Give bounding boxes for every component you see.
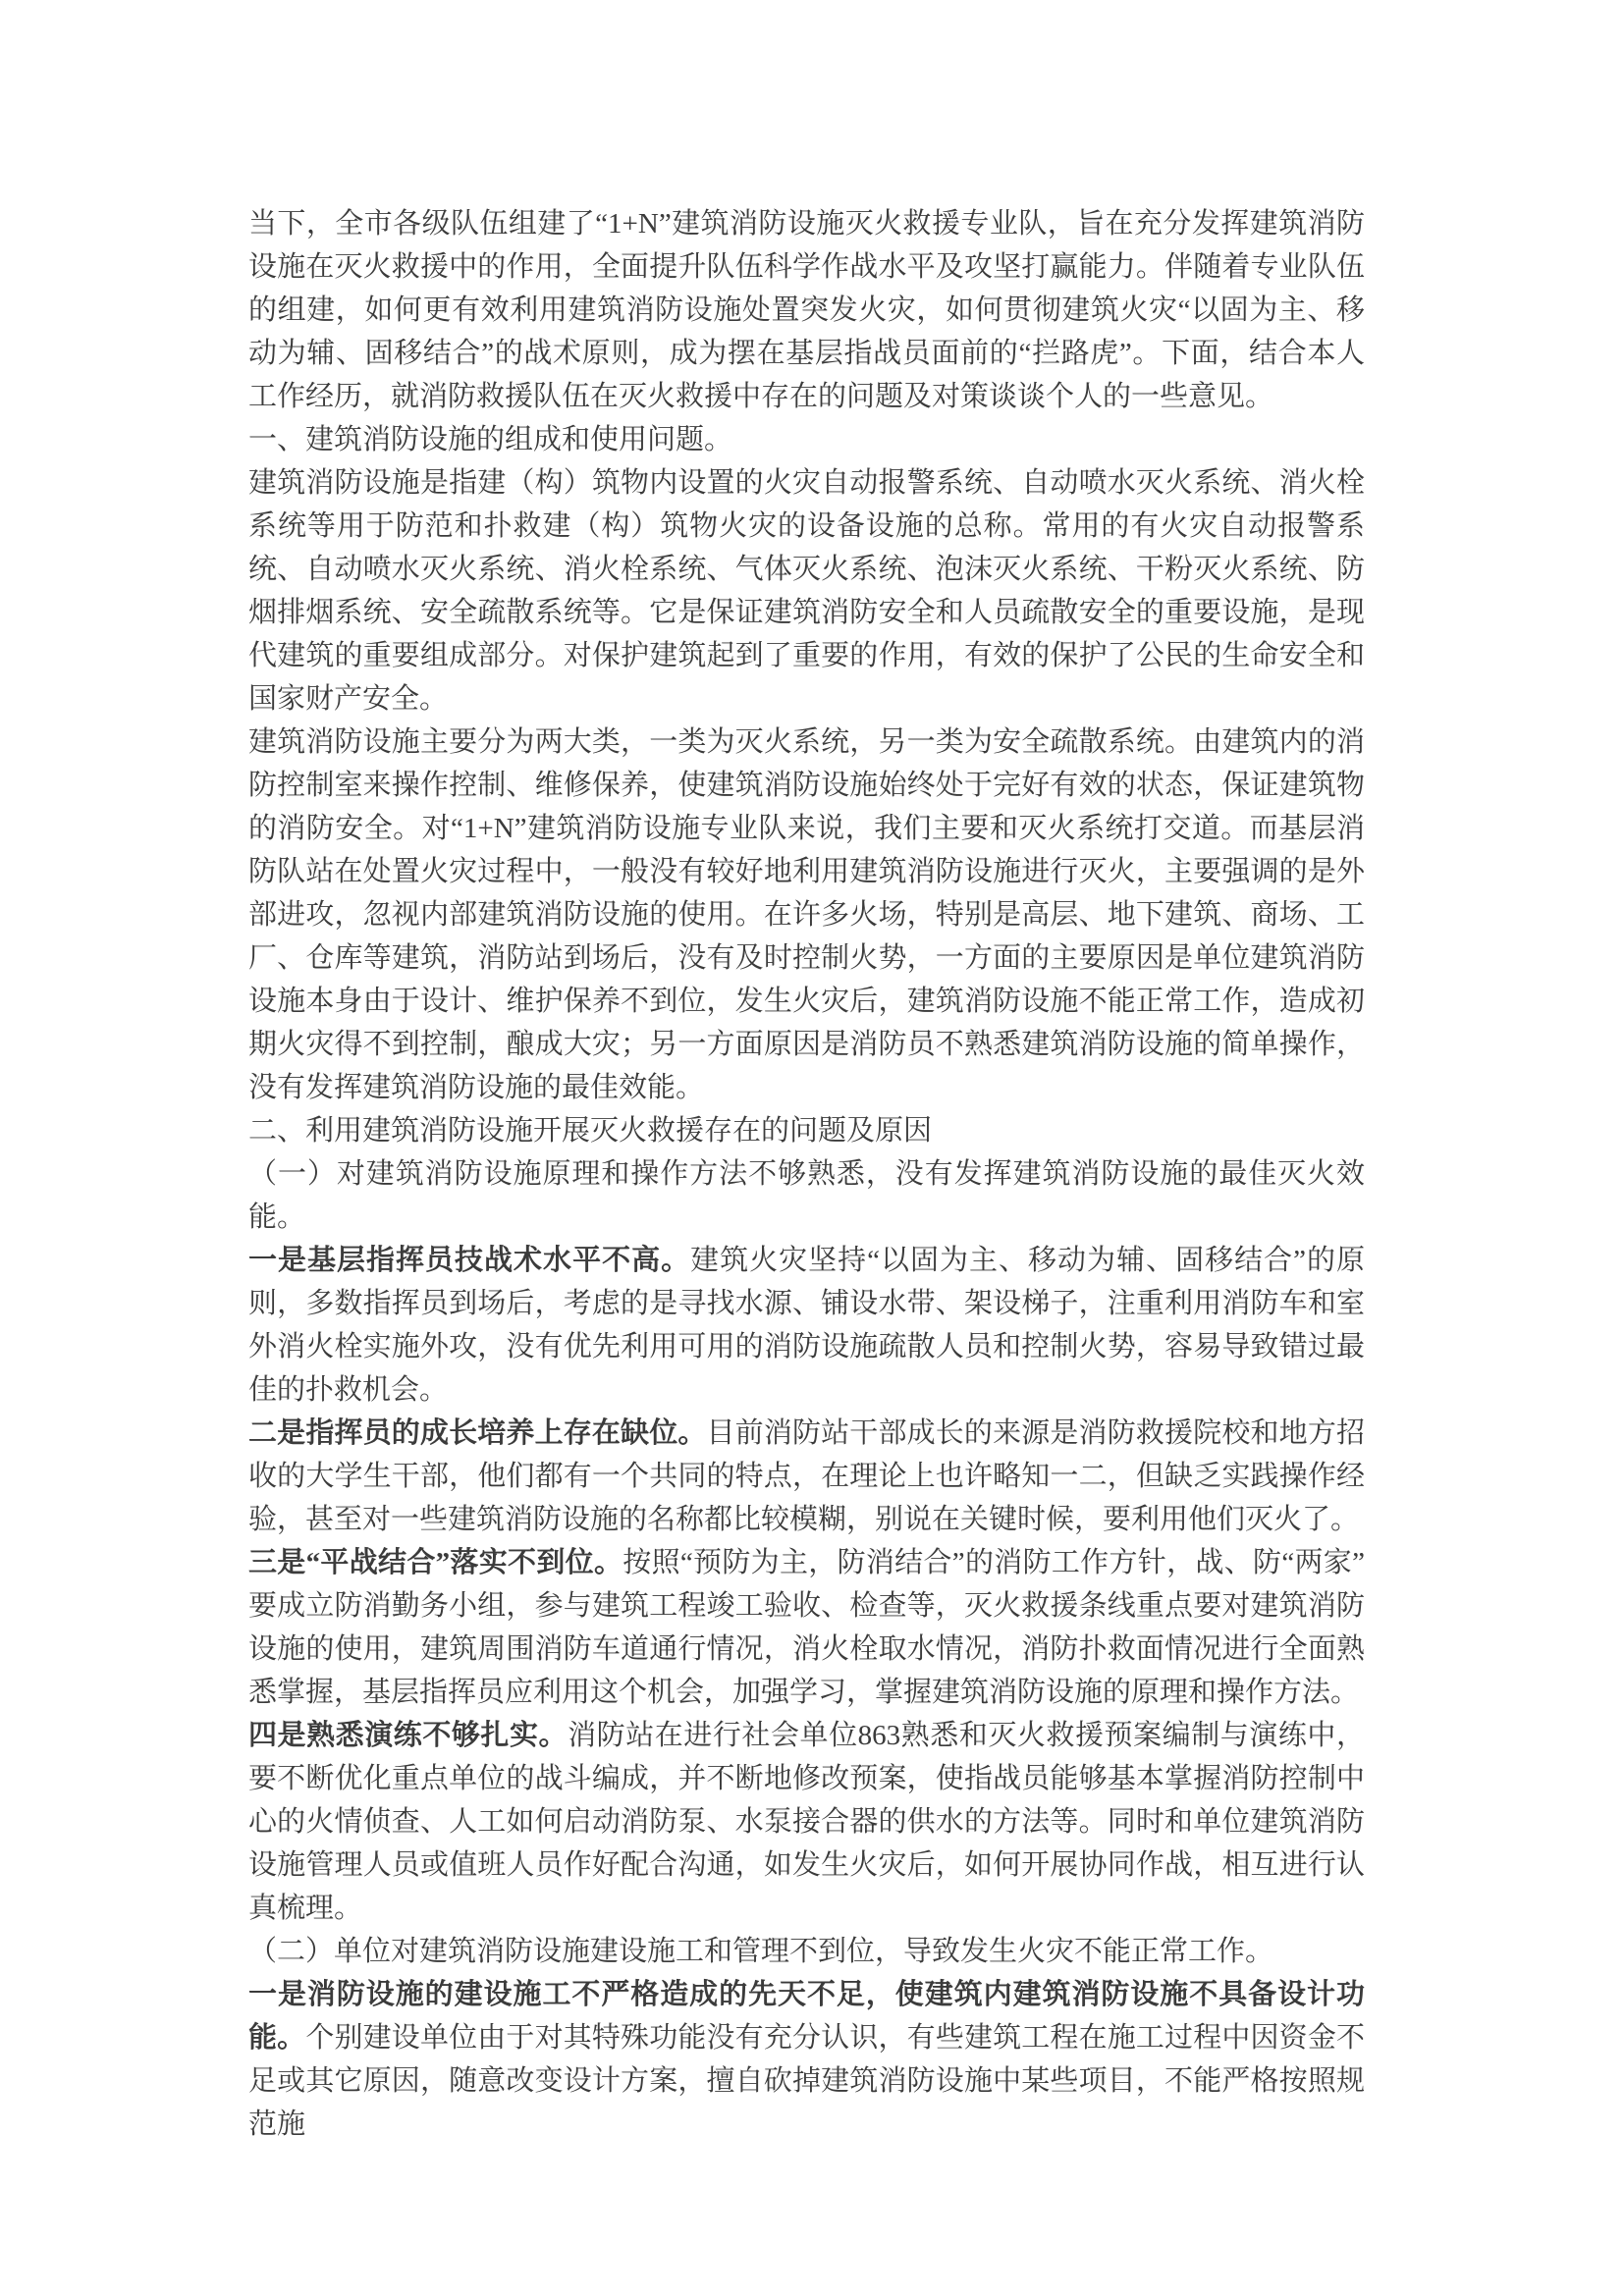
- paragraph-text: 建筑消防设施主要分为两大类，一类为灭火系统，另一类为安全疏散系统。由建筑内的消防…: [248, 726, 1365, 1103]
- paragraph: 三是“平战结合”落实不到位。按照“预防为主，防消结合”的消防工作方针，战、防“两…: [248, 1541, 1365, 1714]
- paragraph-text: （二）单位对建筑消防设施建设施工和管理不到位，导致发生火灾不能正常工作。: [248, 1936, 1273, 1967]
- document-body: 当下，全市各级队伍组建了“1+N”建筑消防设施灭火救援专业队，旨在充分发挥建筑消…: [248, 202, 1365, 2146]
- paragraph-text: 二、利用建筑消防设施开展灭火救援存在的问题及原因: [248, 1115, 932, 1147]
- paragraph: 一、建筑消防设施的组成和使用问题。: [248, 418, 1365, 461]
- paragraph: 二是指挥员的成长培养上存在缺位。目前消防站干部成长的来源是消防救援院校和地方招收…: [248, 1412, 1365, 1541]
- paragraph: 一是消防设施的建设施工不严格造成的先天不足，使建筑内建筑消防设施不具备设计功能。…: [248, 1973, 1365, 2146]
- paragraph: 建筑消防设施是指建（构）筑物内设置的火灾自动报警系统、自动喷水灭火系统、消火栓系…: [248, 461, 1365, 721]
- paragraph-text: 一、建筑消防设施的组成和使用问题。: [248, 424, 732, 455]
- paragraph-text: 当下，全市各级队伍组建了“1+N”建筑消防设施灭火救援专业队，旨在充分发挥建筑消…: [248, 208, 1365, 412]
- paragraph-bold-lead: 一是基层指挥员技战术水平不高。: [248, 1245, 690, 1276]
- paragraph-text: （一）对建筑消防设施原理和操作方法不够熟悉，没有发挥建筑消防设施的最佳灭火效能。: [248, 1158, 1365, 1233]
- paragraph: 四是熟悉演练不够扎实。消防站在进行社会单位863熟悉和灭火救援预案编制与演练中，…: [248, 1714, 1365, 1930]
- paragraph-bold-lead: 四是熟悉演练不够扎实。: [248, 1720, 568, 1751]
- paragraph-text: 建筑消防设施是指建（构）筑物内设置的火灾自动报警系统、自动喷水灭火系统、消火栓系…: [248, 467, 1365, 715]
- paragraph: 当下，全市各级队伍组建了“1+N”建筑消防设施灭火救援专业队，旨在充分发挥建筑消…: [248, 202, 1365, 418]
- paragraph: 建筑消防设施主要分为两大类，一类为灭火系统，另一类为安全疏散系统。由建筑内的消防…: [248, 721, 1365, 1109]
- paragraph-text: 个别建设单位由于对其特殊功能没有充分认识，有些建筑工程在施工过程中因资金不足或其…: [248, 2022, 1365, 2140]
- paragraph: （一）对建筑消防设施原理和操作方法不够熟悉，没有发挥建筑消防设施的最佳灭火效能。: [248, 1152, 1365, 1239]
- paragraph: （二）单位对建筑消防设施建设施工和管理不到位，导致发生火灾不能正常工作。: [248, 1930, 1365, 1973]
- paragraph-bold-lead: 二是指挥员的成长培养上存在缺位。: [248, 1417, 707, 1449]
- document-page: 当下，全市各级队伍组建了“1+N”建筑消防设施灭火救援专业队，旨在充分发挥建筑消…: [0, 0, 1624, 2296]
- paragraph: 一是基层指挥员技战术水平不高。建筑火灾坚持“以固为主、移动为辅、固移结合”的原则…: [248, 1239, 1365, 1412]
- paragraph: 二、利用建筑消防设施开展灭火救援存在的问题及原因: [248, 1109, 1365, 1152]
- paragraph-bold-lead: 三是“平战结合”落实不到位。: [248, 1547, 623, 1578]
